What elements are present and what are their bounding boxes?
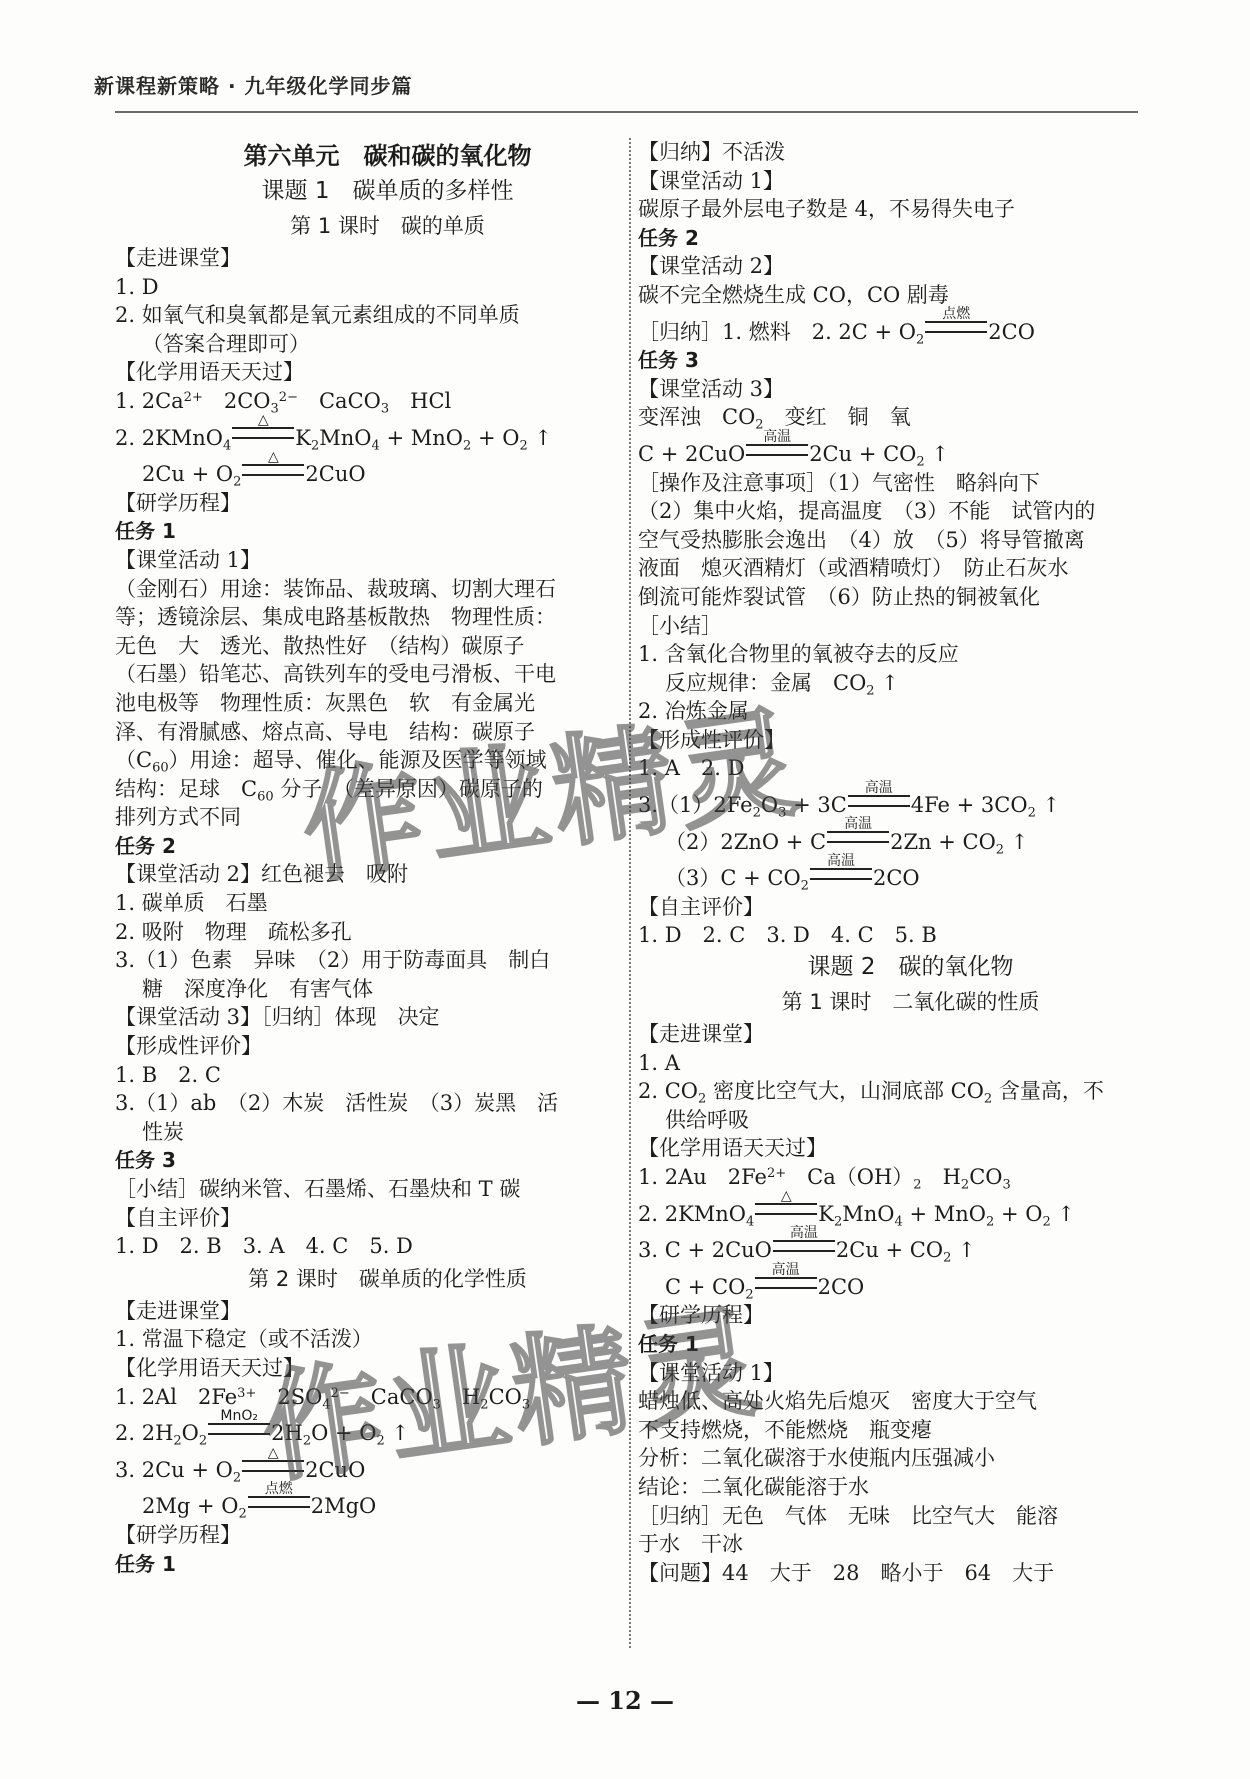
text-run: 【课堂活动 1】 (638, 1361, 784, 1385)
answer-line: 【化学用语天天过】 (638, 1134, 1143, 1163)
subscript: 2 (753, 806, 761, 821)
text-run: 3.（1）ab （2）木炭 活性炭 （3）炭黑 活 (115, 1091, 558, 1115)
answer-line-continued: 供给呼吸 (638, 1106, 1143, 1135)
text-run: （金刚石）用途：装饰品、裁玻璃、切割大理石 (115, 577, 556, 601)
subscript: 4 (223, 438, 231, 453)
text-run: 任务 3 (115, 1148, 176, 1172)
text-run: 任务 3 (638, 348, 699, 372)
text-run: ↑ (925, 442, 949, 466)
subscript: 4 (746, 1214, 754, 1229)
text-run: 任务 1 (638, 1332, 699, 1356)
answer-line: 【形成性评价】 (638, 726, 1143, 755)
text-run: 池电极等 物理性质：灰黑色 软 有金属光 (115, 691, 535, 715)
answer-line: 【走进课堂】 (115, 244, 620, 273)
text-run: （3）C + CO (665, 866, 801, 890)
text-run: ↑ (1004, 830, 1028, 854)
answer-line: 【课堂活动 1】 (115, 546, 620, 575)
answer-line: 2. 如氧气和臭氧都是氧元素组成的不同单质 (115, 301, 620, 330)
text-run: （2）2ZnO + C (665, 830, 826, 854)
answer-line: 1. D (115, 273, 620, 302)
text-run: K (818, 1202, 834, 1226)
text-run: 【化学用语天天过】 (638, 1136, 827, 1160)
text-run: ↑ (1036, 793, 1060, 817)
text-run: 【课堂活动 2】红色褪去 吸附 (115, 862, 408, 886)
answer-line: 排列方式不同 (115, 803, 620, 832)
answer-line: 碳不完全燃烧生成 CO，CO 剧毒 (638, 281, 1143, 310)
text-run: 【问题】44 大于 28 略小于 64 大于 (638, 1561, 1054, 1585)
answer-line: 1. B 2. C (115, 1061, 620, 1090)
answer-line: 1. 2Al 2Fe3+ 2SO42− CaCO3 H2CO3 (115, 1383, 620, 1412)
reaction-condition: 高温 (773, 1225, 835, 1241)
text-run: 1. A (638, 1051, 680, 1075)
reaction-equals-sign: 高温 (746, 444, 808, 456)
superscript: 2− (331, 1385, 350, 1400)
reaction-condition: 高温 (827, 816, 889, 832)
answer-line: 变浑浊 CO2 变红 铜 氧 (638, 403, 1143, 432)
subscript: 4 (322, 1397, 330, 1412)
answer-line: 【自主评价】 (638, 893, 1143, 922)
text-run: ）用途：超导、催化、能源及医学等领域 (169, 748, 547, 772)
text-run: Ca（OH） (786, 1165, 913, 1189)
text-run: 供给呼吸 (665, 1108, 749, 1132)
reaction-equals-sign: △ (242, 464, 304, 476)
text-run: MnO (319, 426, 371, 450)
text-run: 任务 2 (638, 226, 699, 250)
subscript: 2 (1042, 1214, 1050, 1229)
answer-line: ［小结］碳纳米管、石墨烯、石墨炔和 T 碳 (115, 1175, 620, 1204)
answer-line: 液面 熄灭酒精灯（或酒精喷灯） 防止石灰水 (638, 554, 1143, 583)
subscript: 2 (238, 1507, 246, 1522)
equation-line: ［归纳］1. 燃料 2. 2C + O2点燃2CO (638, 310, 1143, 347)
answer-line: 1. 碳单质 石墨 (115, 889, 620, 918)
text-run: 性炭 (142, 1120, 184, 1144)
text-run: K (295, 426, 311, 450)
answer-line: 1. 含氧化合物里的氧被夺去的反应 (638, 640, 1143, 669)
text-run: H (922, 1165, 961, 1189)
text-run: （2）集中火焰，提高温度 （3）不能 试管内的 (638, 499, 1095, 523)
task-label: 任务 3 (115, 1146, 620, 1175)
text-run: 2. CO (638, 1079, 698, 1103)
subscript: 3 (522, 1397, 530, 1412)
text-run: H (441, 1385, 480, 1409)
answer-line: 【化学用语天天过】 (115, 358, 620, 387)
subscript: 3 (433, 1397, 441, 1412)
text-run: 【走进课堂】 (115, 246, 241, 270)
answer-line: 泽、有滑腻感、熔点高、导电 结构：碳原子 (115, 718, 620, 747)
text-run: 1. A 2. D (638, 756, 744, 780)
equation-line: 3. C + 2CuO高温2Cu + CO2 ↑ (638, 1228, 1143, 1265)
text-run: 【形成性评价】 (638, 728, 785, 752)
equation-line: （2）2ZnO + C高温2Zn + CO2 ↑ (638, 820, 1143, 857)
text-run: + O (471, 426, 519, 450)
equation-line: 3. 2Cu + O2△2CuO (115, 1448, 620, 1485)
text-run: 课题 2 碳的氧化物 (808, 954, 1014, 980)
answer-line: 【课堂活动 2】 (638, 252, 1143, 281)
equation-line: 3.（1）2Fe2O3 + 3C高温4Fe + 3CO2 ↑ (638, 783, 1143, 820)
text-run: 2Cu + O (142, 462, 233, 486)
answer-line: （石墨）铅笔芯、高铁列车的受电弓滑板、干电 (115, 660, 620, 689)
answer-line: 1. 2Au 2Fe2+ Ca（OH）2 H2CO3 (638, 1163, 1143, 1192)
text-run: 液面 熄灭酒精灯（或酒精喷灯） 防止石灰水 (638, 556, 1069, 580)
text-run: + O (994, 1202, 1042, 1226)
subscript: 2 (745, 1287, 753, 1302)
answer-line: 1. 2Ca2+ 2CO32− CaCO3 HCl (115, 387, 620, 416)
answer-line: 【研学历程】 (115, 1521, 620, 1550)
answer-line: 1. 常温下稳定（或不活泼） (115, 1325, 620, 1354)
text-run: 密度比空气大，山洞底部 CO (706, 1079, 984, 1103)
task-label: 任务 2 (115, 832, 620, 861)
answer-line: 【课堂活动 3】 (638, 375, 1143, 404)
text-run: 2. 如氧气和臭氧都是氧元素组成的不同单质 (115, 303, 520, 327)
answer-line: 1. D 2. B 3. A 4. C 5. D (115, 1232, 620, 1261)
text-run: O + O (311, 1421, 376, 1445)
reaction-condition: 点燃 (248, 1481, 310, 1497)
text-run: 2Zn + CO (890, 830, 996, 854)
text-run: C + 2CuO (638, 442, 745, 466)
text-run: 1. D (115, 275, 159, 299)
text-run: ↑ (528, 426, 552, 450)
answer-line-continued: 性炭 (115, 1118, 620, 1147)
answer-line: 【走进课堂】 (115, 1297, 620, 1326)
answer-line: 结论：二氧化碳能溶于水 (638, 1473, 1143, 1502)
answer-line: 【研学历程】 (638, 1301, 1143, 1330)
reaction-condition: △ (755, 1188, 817, 1204)
text-run: 任务 1 (115, 1552, 176, 1576)
text-run: 2Cu + CO (836, 1238, 943, 1262)
text-run: 任务 1 (115, 519, 176, 543)
reaction-condition: 高温 (848, 780, 910, 796)
text-run: CaCO (350, 1385, 433, 1409)
text-run: 1. D 2. C 3. D 4. C 5. B (638, 923, 937, 947)
subscript: 4 (372, 438, 380, 453)
lesson-heading: 第 1 课时 二氧化碳的性质 (638, 984, 1143, 1020)
equation-line: C + CO2高温2CO (638, 1265, 1143, 1302)
task-label: 任务 2 (638, 224, 1143, 253)
answer-line: （C60）用途：超导、催化、能源及医学等领域 (115, 746, 620, 775)
answer-line: 【走进课堂】 (638, 1020, 1143, 1049)
text-run: 1. 含氧化合物里的氧被夺去的反应 (638, 642, 959, 666)
task-label: 任务 1 (115, 1550, 620, 1579)
text-run: 3.（1）2Fe (638, 793, 753, 817)
reaction-equals-sign: △ (232, 427, 294, 439)
unit-heading: 第六单元 碳和碳的氧化物 (115, 138, 620, 174)
subscript: 3 (1002, 1178, 1010, 1193)
reaction-condition: 高温 (746, 429, 808, 445)
text-run: 2CO (873, 866, 920, 890)
text-run: ↑ (385, 1421, 409, 1445)
lesson-heading: 第 2 课时 碳单质的化学性质 (115, 1261, 620, 1297)
superscript: 3+ (237, 1385, 256, 1400)
text-run: + 3C (786, 793, 846, 817)
text-run: 糖 深度净化 有害气体 (142, 977, 373, 1001)
text-run: 变浑浊 CO (638, 405, 755, 429)
answer-line: 分析：二氧化碳溶于水使瓶内压强减小 (638, 1444, 1143, 1473)
subscript: 2 (984, 1092, 992, 1107)
left-column: 第六单元 碳和碳的氧化物课题 1 碳单质的多样性第 1 课时 碳的单质【走进课堂… (115, 138, 620, 1578)
text-run: ［归纳］1. 燃料 2. 2C + O (638, 320, 916, 344)
text-run: 3.（1）色素 异味 （2）用于防毒面具 制白 (115, 948, 550, 972)
text-run: 【课堂活动 1】 (115, 548, 261, 572)
page-number: — 12 — (0, 1686, 1250, 1715)
text-run: 2H (271, 1421, 303, 1445)
task-label: 任务 1 (115, 517, 620, 546)
text-run: CO (489, 1385, 522, 1409)
answer-line: 蜡烛低、高处火焰先后熄灭 密度大于空气 (638, 1387, 1143, 1416)
answer-line: 不支持燃烧，不能燃烧 瓶变瘪 (638, 1416, 1143, 1445)
subscript: 2 (916, 332, 924, 347)
text-run: 分析：二氧化碳溶于水使瓶内压强减小 (638, 1446, 995, 1470)
topic-heading: 课题 1 碳单质的多样性 (115, 174, 620, 208)
task-label: 任务 3 (638, 346, 1143, 375)
answer-line: （2）集中火焰，提高温度 （3）不能 试管内的 (638, 497, 1143, 526)
subscript: 60 (152, 761, 169, 776)
answer-line: 倒流可能炸裂试管 （6）防止热的铜被氧化 (638, 583, 1143, 612)
text-run: 无色 大 透光、散热性好 （结构）碳原子 (115, 634, 525, 658)
answer-line: 1. A (638, 1049, 1143, 1078)
answer-line: （金刚石）用途：装饰品、裁玻璃、切割大理石 (115, 575, 620, 604)
text-run: 碳不完全燃烧生成 CO，CO 剧毒 (638, 283, 949, 307)
answer-line: 【课堂活动 3】［归纳］体现 决定 (115, 1003, 620, 1032)
subscript: 60 (257, 789, 274, 804)
subscript: 2 (233, 475, 241, 490)
text-run: 变红 铜 氧 (764, 405, 911, 429)
text-run: 【归纳】不活泼 (638, 140, 785, 164)
answer-line: 2. 吸附 物理 疏松多孔 (115, 918, 620, 947)
text-run: 1. 2Al 2Fe (115, 1385, 237, 1409)
text-run: 1. 2Au 2Fe (638, 1165, 767, 1189)
subscript: 2 (913, 1178, 921, 1193)
text-run: MnO (842, 1202, 894, 1226)
text-run: 【自主评价】 (115, 1206, 241, 1230)
text-run: 反应规律：金属 CO (665, 671, 866, 695)
text-run: 2Cu + CO (809, 442, 916, 466)
text-run: 【课堂活动 2】 (638, 254, 784, 278)
text-run: 1. 常温下稳定（或不活泼） (115, 1327, 373, 1351)
text-run: 2. 2KMnO (638, 1202, 746, 1226)
answer-line: 无色 大 透光、散热性好 （结构）碳原子 (115, 632, 620, 661)
reaction-condition: △ (242, 1445, 304, 1461)
subscript: 2 (480, 1397, 488, 1412)
subscript: 2 (233, 1470, 241, 1485)
answer-line: 【课堂活动 2】红色褪去 吸附 (115, 860, 620, 889)
text-run: 不支持燃烧，不能燃烧 瓶变瘪 (638, 1418, 932, 1442)
text-run: CO (969, 1165, 1002, 1189)
task-label: 任务 1 (638, 1330, 1143, 1359)
text-run: 1. 2Ca (115, 389, 184, 413)
text-run: 结论：二氧化碳能溶于水 (638, 1475, 869, 1499)
header-rule (115, 111, 1138, 113)
text-run: 第 1 课时 二氧化碳的性质 (782, 990, 1040, 1014)
subscript: 2 (996, 842, 1004, 857)
text-run: 含量高，不 (992, 1079, 1104, 1103)
answer-line: 【课堂活动 1】 (638, 167, 1143, 196)
text-run: 2. 2H (115, 1421, 173, 1445)
answer-line-continued: （答案合理即可） (115, 330, 620, 359)
subscript: 2 (173, 1434, 181, 1449)
answer-line: 1. D 2. C 3. D 4. C 5. B (638, 921, 1143, 950)
answer-line: 2. 冶炼金属 (638, 697, 1143, 726)
reaction-condition: MnO₂ (208, 1408, 270, 1424)
reaction-condition: 点燃 (925, 306, 987, 322)
text-run: 1. 碳单质 石墨 (115, 891, 268, 915)
text-run: C + CO (665, 1275, 745, 1299)
answer-line: ［小结］ (638, 612, 1143, 641)
text-run: CaCO (298, 389, 381, 413)
answer-line-continued: 糖 深度净化 有害气体 (115, 975, 620, 1004)
text-run: （C (115, 748, 152, 772)
answer-line: 于水 干冰 (638, 1530, 1143, 1559)
text-run: 第 2 课时 碳单质的化学性质 (248, 1267, 527, 1291)
text-run: 2CO (203, 389, 271, 413)
superscript: 2+ (184, 390, 203, 405)
right-column: 【归纳】不活泼【课堂活动 1】碳原子最外层电子数是 4，不易得失电子任务 2【课… (638, 138, 1143, 1587)
text-run: 【研学历程】 (638, 1303, 764, 1327)
text-run: 2CO (988, 320, 1035, 344)
equation-line: 2. 2KMnO4△K2MnO4 + MnO2 + O2 ↑ (115, 416, 620, 453)
subscript: 2 (1028, 806, 1036, 821)
text-run: 碳原子最外层电子数是 4，不易得失电子 (638, 197, 1015, 221)
topic-heading: 课题 2 碳的氧化物 (638, 950, 1143, 984)
text-run: 【自主评价】 (638, 895, 764, 919)
reaction-equals-sign: △ (755, 1203, 817, 1215)
answer-line: 3.（1）ab （2）木炭 活性炭 （3）炭黑 活 (115, 1089, 620, 1118)
reaction-equals-sign: 高温 (827, 831, 889, 843)
text-run: 【化学用语天天过】 (115, 1356, 304, 1380)
text-run: 蜡烛低、高处火焰先后熄灭 密度大于空气 (638, 1389, 1037, 1413)
answer-line: 【研学历程】 (115, 489, 620, 518)
text-run: 3. 2Cu + O (115, 1458, 233, 1482)
text-run: 于水 干冰 (638, 1532, 743, 1556)
reaction-equals-sign: 点燃 (248, 1496, 310, 1508)
subscript: 2 (199, 1434, 207, 1449)
answer-line: 空气受热膨胀会逸出 （4）放 （5）将导管撤离 (638, 526, 1143, 555)
text-run: 【形成性评价】 (115, 1034, 262, 1058)
equation-line: 2Mg + O2点燃2MgO (115, 1484, 620, 1521)
text-run: 泽、有滑腻感、熔点高、导电 结构：碳原子 (115, 720, 535, 744)
answer-line: ［归纳］无色 气体 无味 比空气大 能溶 (638, 1502, 1143, 1531)
running-header: 新课程新策略 · 九年级化学同步篇 (94, 70, 1134, 99)
subscript: 2 (377, 1434, 385, 1449)
text-run: 课题 1 碳单质的多样性 (262, 178, 514, 204)
subscript: 3 (381, 402, 389, 417)
answer-line: ［操作及注意事项］（1）气密性 略斜向下 (638, 469, 1143, 498)
text-run: 【走进课堂】 (115, 1299, 241, 1323)
answer-line: 1. A 2. D (638, 754, 1143, 783)
text-run: ↑ (951, 1238, 975, 1262)
text-run: 【走进课堂】 (638, 1022, 764, 1046)
text-run: 2SO (256, 1385, 322, 1409)
text-run: 空气受热膨胀会逸出 （4）放 （5）将导管撤离 (638, 528, 1085, 552)
text-run: 2CuO (305, 462, 365, 486)
equation-line: 2. 2KMnO4△K2MnO4 + MnO2 + O2 ↑ (638, 1192, 1143, 1229)
answer-line: 3.（1）色素 异味 （2）用于防毒面具 制白 (115, 946, 620, 975)
text-run: ↑ (1051, 1202, 1075, 1226)
reaction-equals-sign: 高温 (848, 795, 910, 807)
text-run: 【化学用语天天过】 (115, 360, 304, 384)
text-run: 【研学历程】 (115, 1523, 241, 1547)
subscript: 2 (916, 454, 924, 469)
text-run: 【课堂活动 3】 (638, 377, 784, 401)
subscript: 2 (801, 879, 809, 894)
text-run: 2CuO (305, 1458, 365, 1482)
text-run: HCl (389, 389, 451, 413)
reaction-condition: △ (242, 449, 304, 465)
reaction-equals-sign: 高温 (810, 868, 872, 880)
answer-line: 【自主评价】 (115, 1204, 620, 1233)
text-run: O (182, 1421, 199, 1445)
answer-line: 结构：足球 C60 分子 （差异原因）碳原子的 (115, 775, 620, 804)
reaction-equals-sign: MnO₂ (208, 1423, 270, 1435)
text-run: 2. 冶炼金属 (638, 699, 749, 723)
text-run: ↑ (875, 671, 899, 695)
text-run: 【课堂活动 1】 (638, 169, 784, 193)
answer-line: 【归纳】不活泼 (638, 138, 1143, 167)
answer-line: 【问题】44 大于 28 略小于 64 大于 (638, 1559, 1143, 1588)
text-run: 排列方式不同 (115, 805, 241, 829)
text-run: ［小结］ (638, 614, 722, 638)
reaction-condition: 高温 (755, 1262, 817, 1278)
answer-line: 等；透镜涂层、集成电路基板散热 物理性质： (115, 603, 620, 632)
reaction-equals-sign: 高温 (755, 1277, 817, 1289)
answer-line: 【形成性评价】 (115, 1032, 620, 1061)
column-divider (629, 138, 631, 1648)
text-run: + MnO (903, 1202, 986, 1226)
text-run: 第六单元 碳和碳的氧化物 (244, 142, 532, 170)
text-run: 任务 2 (115, 834, 176, 858)
subscript: 2 (961, 1178, 969, 1193)
text-run: 【研学历程】 (115, 491, 241, 515)
equation-line: 2Cu + O2△2CuO (115, 452, 620, 489)
text-run: 2. 2KMnO (115, 426, 223, 450)
subscript: 2 (519, 438, 527, 453)
reaction-condition: 高温 (810, 853, 872, 869)
subscript: 4 (895, 1214, 903, 1229)
answer-line: 【课堂活动 1】 (638, 1359, 1143, 1388)
reaction-condition: △ (232, 412, 294, 428)
answer-line: 【化学用语天天过】 (115, 1354, 620, 1383)
text-run: + MnO (380, 426, 463, 450)
text-run: 1. D 2. B 3. A 4. C 5. D (115, 1234, 413, 1258)
text-run: 4Fe + 3CO (911, 793, 1028, 817)
text-run: 倒流可能炸裂试管 （6）防止热的铜被氧化 (638, 585, 1040, 609)
equation-line: C + 2CuO高温2Cu + CO2 ↑ (638, 432, 1143, 469)
lesson-heading: 第 1 课时 碳的单质 (115, 208, 620, 244)
text-run: ［归纳］无色 气体 无味 比空气大 能溶 (638, 1504, 1058, 1528)
text-run: 2MgO (311, 1494, 377, 1518)
answer-line: 池电极等 物理性质：灰黑色 软 有金属光 (115, 689, 620, 718)
text-run: 2CO (818, 1275, 865, 1299)
text-run: 结构：足球 C (115, 777, 257, 801)
text-run: 分子 （差异原因）碳原子的 (274, 777, 543, 801)
text-run: 2. 吸附 物理 疏松多孔 (115, 920, 352, 944)
answer-line-continued: 反应规律：金属 CO2 ↑ (638, 669, 1143, 698)
text-run: （石墨）铅笔芯、高铁列车的受电弓滑板、干电 (115, 662, 556, 686)
text-run: ［小结］碳纳米管、石墨烯、石墨炔和 T 碳 (115, 1177, 520, 1201)
answer-line: 碳原子最外层电子数是 4，不易得失电子 (638, 195, 1143, 224)
text-run: 3. C + 2CuO (638, 1238, 772, 1262)
subscript: 2 (866, 683, 874, 698)
reaction-equals-sign: △ (242, 1460, 304, 1472)
text-run: 2Mg + O (142, 1494, 238, 1518)
text-run: ［操作及注意事项］（1）气密性 略斜向下 (638, 471, 1040, 495)
superscript: 2+ (767, 1166, 786, 1181)
text-run: 等；透镜涂层、集成电路基板散热 物理性质： (115, 605, 556, 629)
text-run: 1. B 2. C (115, 1063, 221, 1087)
equation-line: （3）C + CO2高温2CO (638, 856, 1143, 893)
equation-line: 2. 2H2O2MnO₂2H2O + O2 ↑ (115, 1411, 620, 1448)
text-run: （答案合理即可） (142, 332, 310, 356)
text-run: 【课堂活动 3】［归纳］体现 决定 (115, 1005, 440, 1029)
